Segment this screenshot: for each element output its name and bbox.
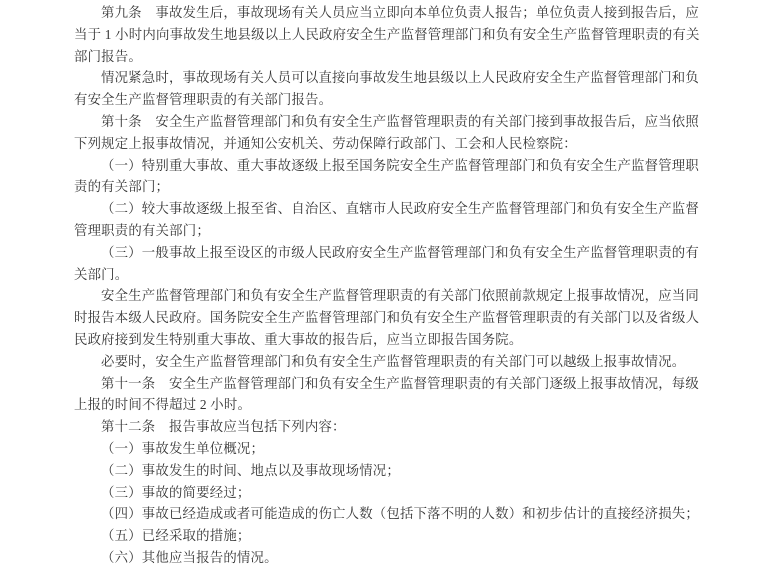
doc-line: 上报的时间不得超过 2 小时。 (74, 394, 690, 416)
doc-line: 责的有关部门； (74, 176, 690, 198)
doc-line: 安全生产监督管理部门和负有安全生产监督管理职责的有关部门依照前款规定上报事故情况… (74, 285, 690, 307)
doc-line-article-10: 第十条 安全生产监督管理部门和负有安全生产监督管理职责的有关部门接到事故报告后，… (74, 111, 690, 133)
doc-line-article-9: 第九条 事故发生后，事故现场有关人员应当立即向本单位负责人报告；单位负责人接到报… (74, 2, 690, 24)
doc-line: 部门报告。 (74, 46, 690, 68)
doc-line: 下列规定上报事故情况，并通知公安机关、劳动保障行政部门、工会和人民检察院： (74, 133, 690, 155)
doc-line: 时报告本级人民政府。国务院安全生产监督管理部门和负有安全生产监督管理职责的有关部… (74, 307, 690, 329)
doc-line: 关部门。 (74, 264, 690, 286)
doc-line-article-12: 第十二条 报告事故应当包括下列内容： (74, 416, 690, 438)
doc-line-item-1: （一）事故发生单位概况； (74, 438, 690, 460)
doc-line-item-5: （五）已经采取的措施； (74, 525, 690, 547)
doc-line: 当于 1 小时内向事故发生地县级以上人民政府安全生产监督管理部门和负有安全生产监… (74, 24, 690, 46)
doc-line-item-1: （一）特别重大事故、重大事故逐级上报至国务院安全生产监督管理部门和负有安全生产监… (74, 155, 690, 177)
doc-line: 情况紧急时，事故现场有关人员可以直接向事故发生地县级以上人民政府安全生产监督管理… (74, 67, 690, 89)
doc-line-item-4: （四）事故已经造成或者可能造成的伤亡人数（包括下落不明的人数）和初步估计的直接经… (74, 503, 690, 525)
doc-line-item-2: （二）事故发生的时间、地点以及事故现场情况； (74, 460, 690, 482)
doc-line-item-3: （三）事故的简要经过； (74, 482, 690, 504)
doc-line-item-6: （六）其他应当报告的情况。 (74, 547, 690, 569)
doc-line: 管理职责的有关部门； (74, 220, 690, 242)
doc-line-article-11: 第十一条 安全生产监督管理部门和负有安全生产监督管理职责的有关部门逐级上报事故情… (74, 373, 690, 395)
doc-line-item-3: （三）一般事故上报至设区的市级人民政府安全生产监督管理部门和负有安全生产监督管理… (74, 242, 690, 264)
document-page: 第九条 事故发生后，事故现场有关人员应当立即向本单位负责人报告；单位负责人接到报… (0, 0, 760, 570)
document-text-block: 第九条 事故发生后，事故现场有关人员应当立即向本单位负责人报告；单位负责人接到报… (74, 2, 690, 569)
doc-line: 必要时，安全生产监督管理部门和负有安全生产监督管理职责的有关部门可以越级上报事故… (74, 351, 690, 373)
doc-line: 民政府接到发生特别重大事故、重大事故的报告后，应当立即报告国务院。 (74, 329, 690, 351)
doc-line-item-2: （二）较大事故逐级上报至省、自治区、直辖市人民政府安全生产监督管理部门和负有安全… (74, 198, 690, 220)
doc-line: 有安全生产监督管理职责的有关部门报告。 (74, 89, 690, 111)
